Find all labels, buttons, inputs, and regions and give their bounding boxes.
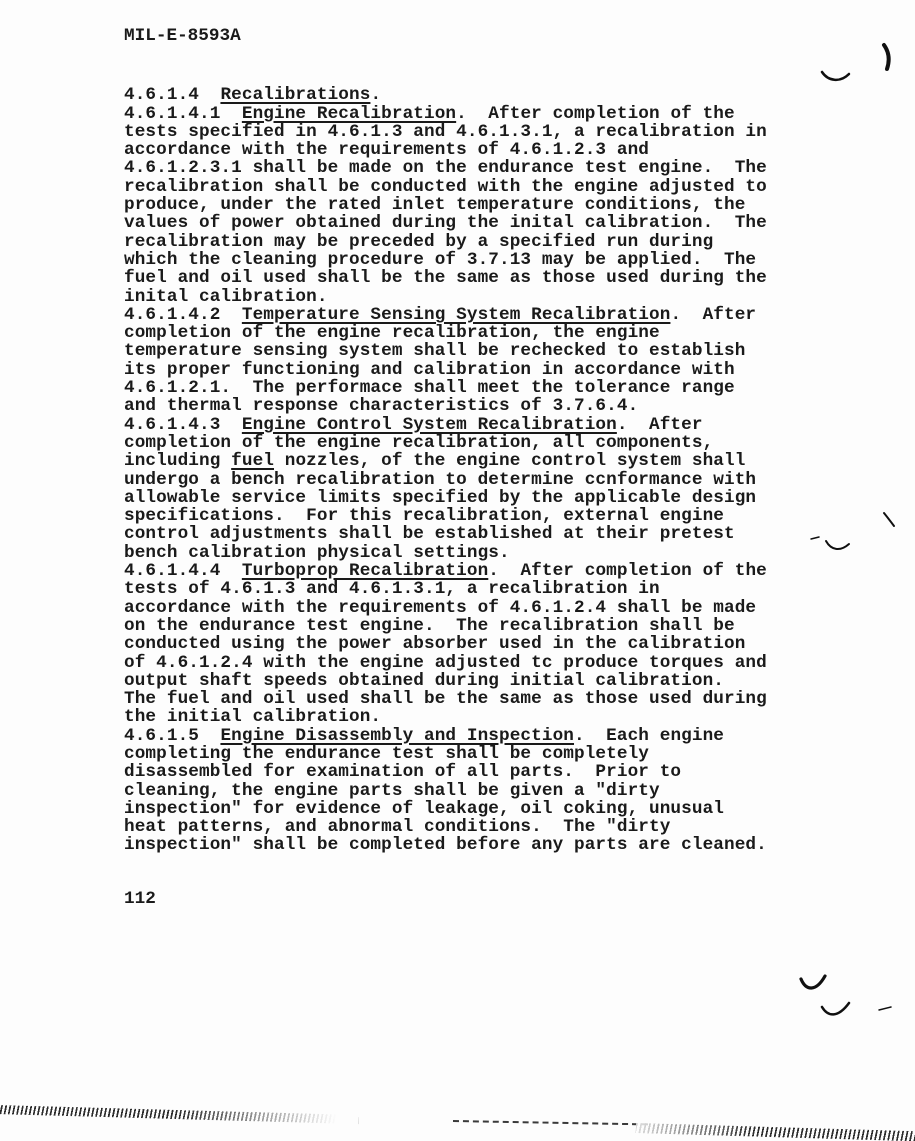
document-body: 4.6.1.4 Recalibrations.4.6.1.4.1 Engine … [124, 86, 915, 854]
page-number: 112 [124, 890, 915, 908]
para-temperature-sensing-system-recalibration: 4.6.1.4.2 Temperature Sensing System Rec… [124, 306, 915, 416]
para-engine-recalibration: 4.6.1.4.1 Engine Recalibration. After co… [124, 105, 915, 306]
para-turboprop-recalibration: 4.6.1.4.4 Turboprop Recalibration. After… [124, 562, 915, 727]
para-engine-disassembly-and-inspection: 4.6.1.5 Engine Disassembly and Inspectio… [124, 727, 915, 855]
para-engine-control-system-recalibration: 4.6.1.4.3 Engine Control System Recalibr… [124, 416, 915, 562]
heading-recalibrations: 4.6.1.4 Recalibrations. [124, 86, 915, 104]
doc-number: MIL-E-8593A [124, 27, 915, 45]
document-content: MIL-E-8593A 4.6.1.4 Recalibrations.4.6.1… [0, 0, 915, 1141]
scanned-document-page: MIL-E-8593A 4.6.1.4 Recalibrations.4.6.1… [0, 0, 915, 1141]
